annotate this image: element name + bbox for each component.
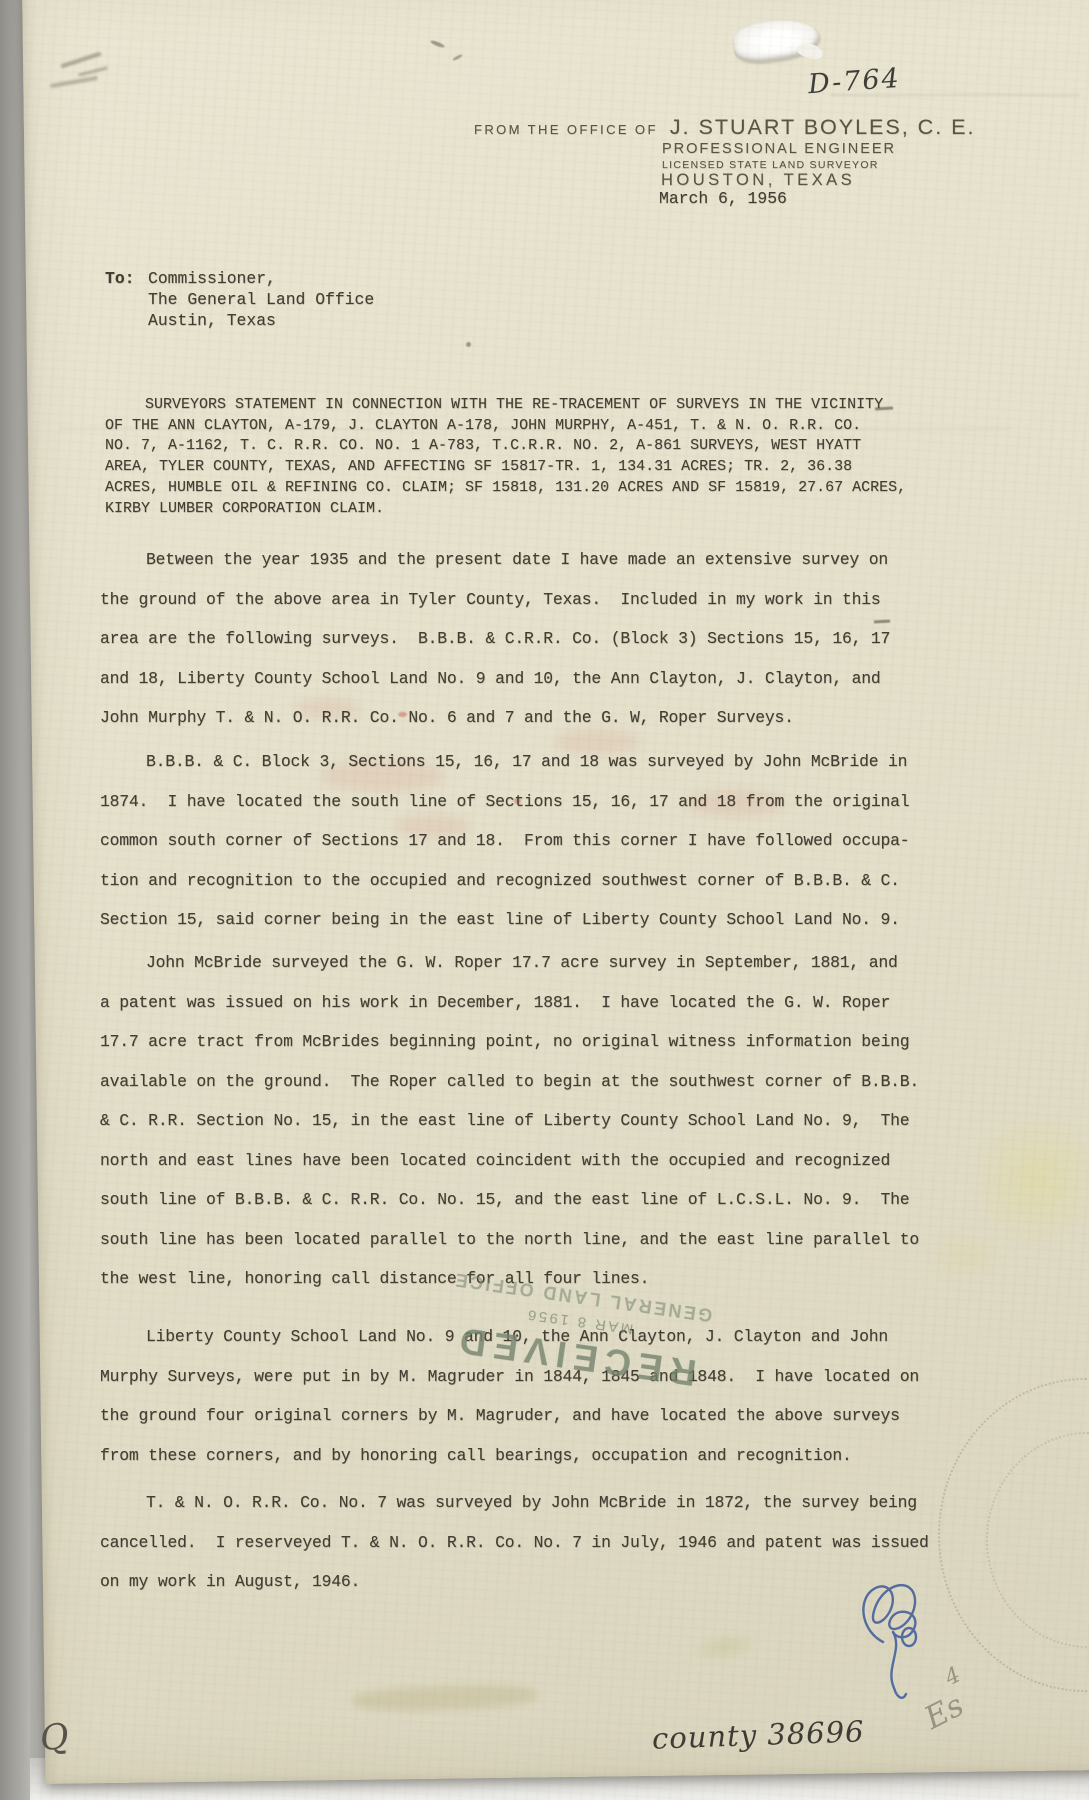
paragraph-1: Between the year 1935 and the present da… [100, 540, 960, 738]
recipient-line: Austin, Texas [148, 310, 374, 331]
body-line: Section 15, said corner being in the eas… [100, 900, 960, 940]
body-line: John McBride surveyed the G. W. Roper 17… [100, 943, 960, 983]
body-line: a patent was issued on his work in Decem… [100, 983, 960, 1023]
body-line: T. & N. O. R.R. Co. No. 7 was surveyed b… [100, 1483, 960, 1523]
recipient-label: To: [105, 268, 135, 289]
subject-line: ACRES, HUMBLE OIL & REFINING CO. CLAIM; … [105, 478, 985, 499]
ink-speck [466, 342, 471, 347]
pencil-speck [452, 54, 463, 62]
letterhead-name: J. STUART BOYLES, C. E. [670, 115, 976, 140]
paper-tear-small [796, 41, 824, 60]
pencil-speck [430, 39, 445, 48]
subject-line: NO. 7, A-1162, T. C. R.R. CO. NO. 1 A-78… [105, 436, 985, 457]
body-line: south line of B.B.B. & C. R.R. Co. No. 1… [100, 1180, 960, 1220]
body-line: on my work in August, 1946. [100, 1562, 960, 1602]
body-line: area are the following surveys. B.B.B. &… [100, 619, 960, 659]
es-superscript: 4 [941, 1662, 965, 1691]
paragraph-2: B.B.B. & C. Block 3, Sections 15, 16, 17… [100, 742, 960, 940]
recipient-line: The General Land Office [148, 289, 374, 310]
letter-date: March 6, 1956 [659, 189, 787, 208]
body-line: 1874. I have located the south line of S… [100, 782, 960, 822]
body-line: common south corner of Sections 17 and 1… [100, 821, 960, 861]
body-line: and 18, Liberty County School Land No. 9… [100, 659, 960, 699]
handwritten-doc-number: D-764 [807, 63, 902, 100]
body-line: 17.7 acre tract from McBrides beginning … [100, 1022, 960, 1062]
body-line: Between the year 1935 and the present da… [100, 540, 960, 580]
handwritten-q-mark: Q [38, 1717, 71, 1760]
body-line: tion and recognition to the occupied and… [100, 861, 960, 901]
body-line: & C. R.R. Section No. 15, in the east li… [100, 1101, 960, 1141]
paragraph-3: John McBride surveyed the G. W. Roper 17… [100, 943, 960, 1299]
body-line: the ground four original corners by M. M… [100, 1396, 960, 1436]
body-line: from these corners, and by honoring call… [100, 1436, 960, 1476]
subject-line: OF THE ANN CLAYTON, A-179, J. CLAYTON A-… [105, 416, 985, 437]
pencil-smudge [50, 76, 98, 88]
handwritten-county-note: county 38696 [651, 1714, 865, 1755]
letterhead-prefix: FROM THE OFFICE OF [474, 122, 658, 137]
body-line: available on the ground. The Roper calle… [100, 1062, 960, 1102]
letterhead-city: HOUSTON, TEXAS [661, 171, 855, 190]
subject-line: SURVEYORS STATEMENT IN CONNECTION WITH T… [105, 395, 985, 416]
recipient-address: Commissioner, The General Land Office Au… [148, 268, 374, 331]
body-line: the ground of the above area in Tyler Co… [100, 580, 960, 620]
body-line: south line has been located parallel to … [100, 1220, 960, 1260]
subject-line: AREA, TYLER COUNTY, TEXAS, AND AFFECTING… [105, 457, 985, 478]
letterhead-title-engineer: PROFESSIONAL ENGINEER [662, 141, 896, 157]
body-line: B.B.B. & C. Block 3, Sections 15, 16, 17… [100, 742, 960, 782]
letterhead-title-surveyor: LICENSED STATE LAND SURVEYOR [662, 159, 879, 171]
pencil-smudge [60, 52, 101, 69]
body-line: north and east lines have been located c… [100, 1141, 960, 1181]
recipient-line: Commissioner, [148, 268, 374, 289]
bleed-through-mark [352, 1683, 538, 1713]
body-line: cancelled. I reserveyed T. & N. O. R.R. … [100, 1523, 960, 1563]
pen-scribble [845, 1570, 937, 1708]
letterhead: FROM THE OFFICE OF J. STUART BOYLES, C. … [474, 115, 975, 140]
scanned-document-page: D-764 FROM THE OFFICE OF J. STUART BOYLE… [0, 0, 1089, 1800]
subject-block: SURVEYORS STATEMENT IN CONNECTION WITH T… [105, 395, 985, 519]
pencil-smudge [78, 66, 108, 76]
subject-line: KIRBY LUMBER CORPORATION CLAIM. [105, 499, 985, 520]
body-line: John Murphy T. & N. O. R.R. Co. No. 6 an… [100, 698, 960, 738]
paragraph-5: T. & N. O. R.R. Co. No. 7 was surveyed b… [100, 1483, 960, 1602]
ink-offset-stain [688, 1627, 761, 1666]
